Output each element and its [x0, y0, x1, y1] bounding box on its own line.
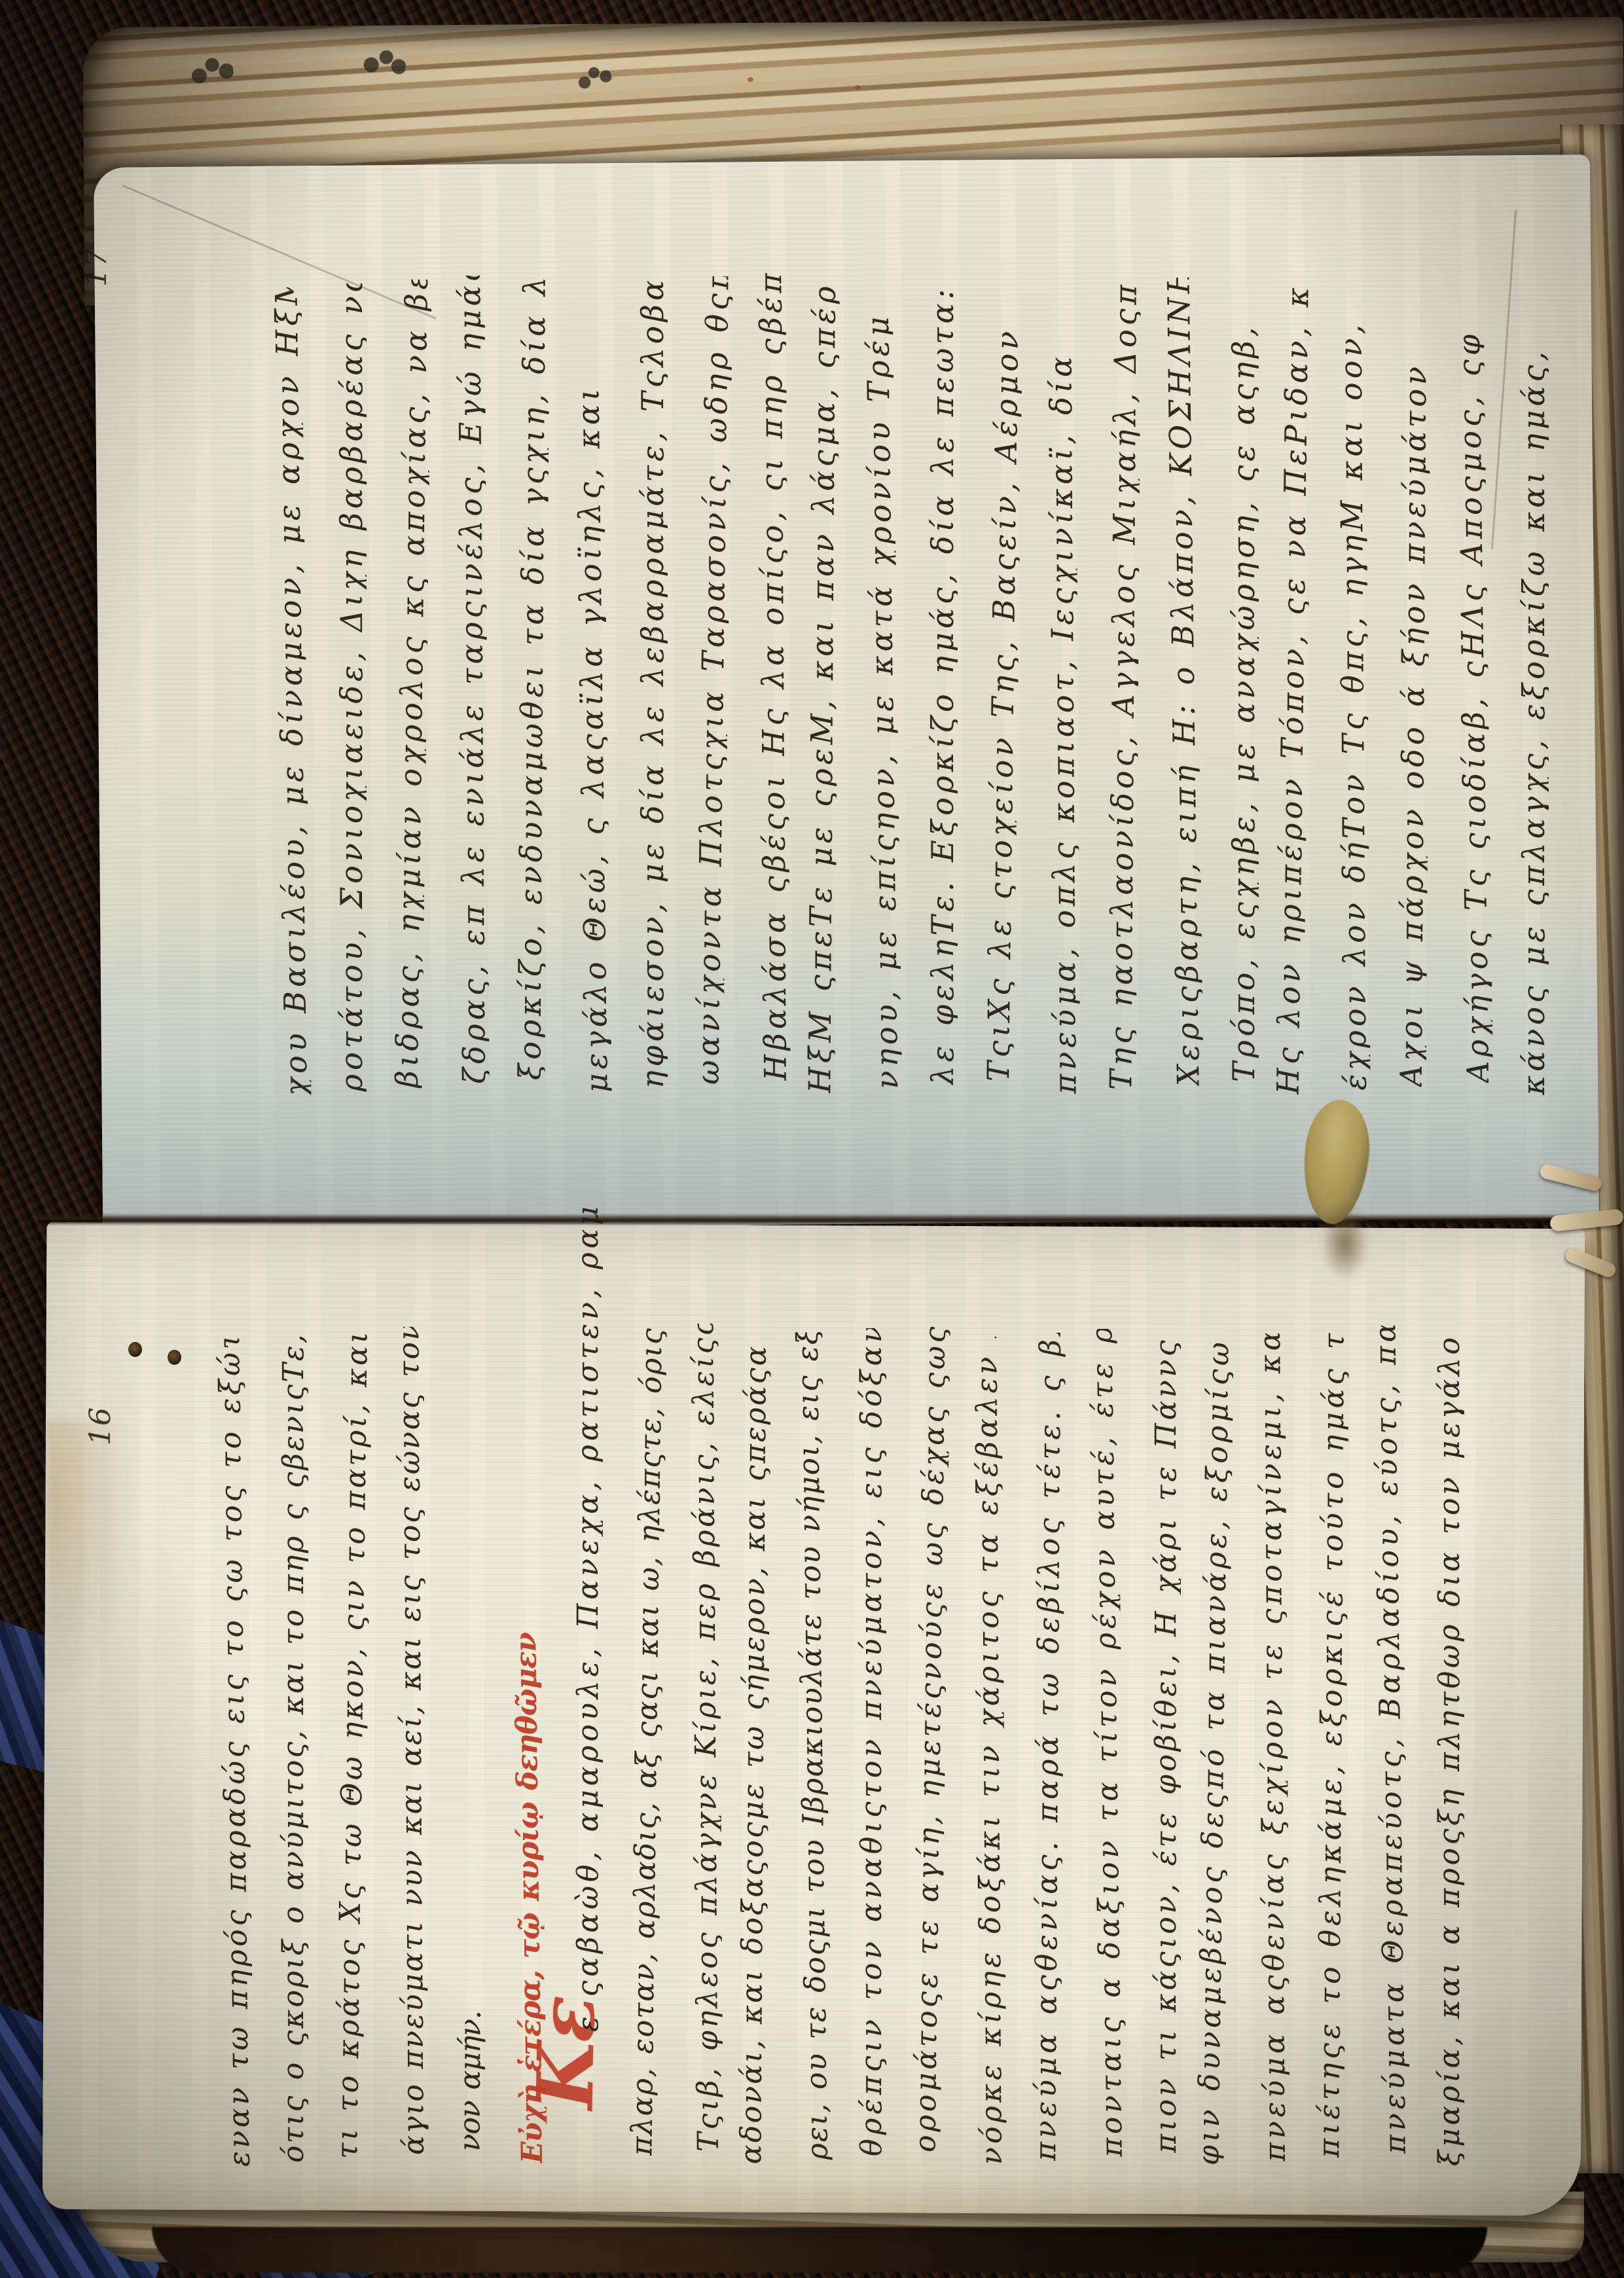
wormhole	[128, 1342, 142, 1357]
manuscript-line: νόρκε κίρηε δοξάκι τιν χάριτος τα εξέβαλ…	[973, 1337, 1007, 2165]
wormhole	[168, 1350, 181, 1365]
manuscript-line: λε φεληΤε. Εξορκίζο ημάς, δία λε πεωτα:	[928, 285, 958, 1085]
edge-ornament-icon	[363, 46, 407, 79]
manuscript-line: πνεύμα αςθενίας ξεχίρον τε ςποταγίνεμι, …	[1256, 1333, 1290, 2161]
manuscript-line: άγιο πνεύματι νυν και αεί, και εις τος ε…	[395, 1327, 429, 2155]
manuscript-line: ζδρας, επ λε ενιάλε ταρςινέλος, Εγώ ημάς…	[454, 276, 490, 1084]
folio-number-16: 16	[86, 1406, 115, 1445]
manuscript-photo: 17 16 Κε χου Βασιλέου, με δίναμεον, με α…	[0, 0, 1624, 2278]
manuscript-line: ξμαρία, και α προςξη πλητθωρ δια τον μεγ…	[1435, 1338, 1464, 2166]
folio-number-17: 17	[82, 247, 111, 287]
manuscript-line: αδονάι, και δοξαςοςμε τω ςήμερον, και ςπ…	[737, 1336, 771, 2164]
manuscript-line: ξορκίζο, ενδυναμωθει τα δία γςχιη, δία λ…	[514, 272, 550, 1080]
manuscript-line: ε ςαβαὼθ, αμαρουλε, Πανεχα, ρατιστεν, ρα…	[574, 1204, 603, 2032]
edge-red-speck	[748, 77, 753, 82]
manuscript-line: πνεύμα αςθενίας. παρά τω δεβίλος τέτε. ς…	[1032, 1333, 1066, 2161]
manuscript-line: Τςιβ, φηλεος πλάγχνε Κίριε, περ βράνις, …	[689, 1324, 723, 2152]
manuscript-line: Τρόπο, εςχηβε, με αναχώρηση, ςε αςηβ,	[1229, 323, 1259, 1082]
wax-stain-smudge	[1321, 1203, 1369, 1282]
manuscript-line: κάνος με ςπλαγχς, εξορκίζω και ημάς,	[1519, 348, 1549, 1095]
leather-cover-edge	[152, 2227, 1487, 2273]
manuscript-line: νον αμήν.	[456, 2010, 485, 2151]
manuscript-line: έχρον λον δήΤον Τς θπς, ηγηΜ και οον,	[1335, 321, 1370, 1091]
manuscript-line: ηφάιεσον, με δία λε λεβαρραμάτε, Τςλοβα	[638, 280, 668, 1089]
manuscript-line: ΗξΜ ςπεΤε με ςρεΜ, και παν λάςμα, ςπέρας	[804, 285, 840, 1093]
manuscript-line: Της ηαοτλαονίδος, Αγγελος Μιχαήλ, Δοςπήτ	[1106, 281, 1141, 1090]
manuscript-line: Ηβαλάσα ςβέςοι Ης λα οπίςο, ςι πηρ ςβέπτ…	[755, 272, 791, 1081]
right-folio-page	[94, 154, 1599, 1231]
manuscript-line: πιέτηςε το θεληκάμε, εξορκιςέ τούτο ημάς…	[1315, 1329, 1349, 2158]
edge-stain	[47, 1420, 132, 1702]
manuscript-line: Αχοι ψ πάρχον οδο ά ξήον πνεύμάτον	[1396, 363, 1431, 1087]
edge-red-speck	[855, 85, 861, 90]
manuscript-line: ροτάτου, Σονιοχιαειδε, Διχη βαρβαρέας να…	[336, 283, 367, 1092]
manuscript-line: θρέπςιν τον αναθιςτον πνεύματον, εις δόξ…	[857, 1328, 886, 2156]
manuscript-line: πνεύμα, οπλς κοπιαοτ, Ιεςχινίκαϊ, δία	[1046, 353, 1081, 1094]
manuscript-line: πιον τι κάςιον, έτε φοβίθει, Η χάρι τε Π…	[1152, 1325, 1181, 2153]
edge-ornament-icon	[189, 54, 235, 88]
manuscript-line: ότις ο ςκοριξ ο ανύμιτος, και το πηρ ς ς…	[280, 1335, 308, 2163]
